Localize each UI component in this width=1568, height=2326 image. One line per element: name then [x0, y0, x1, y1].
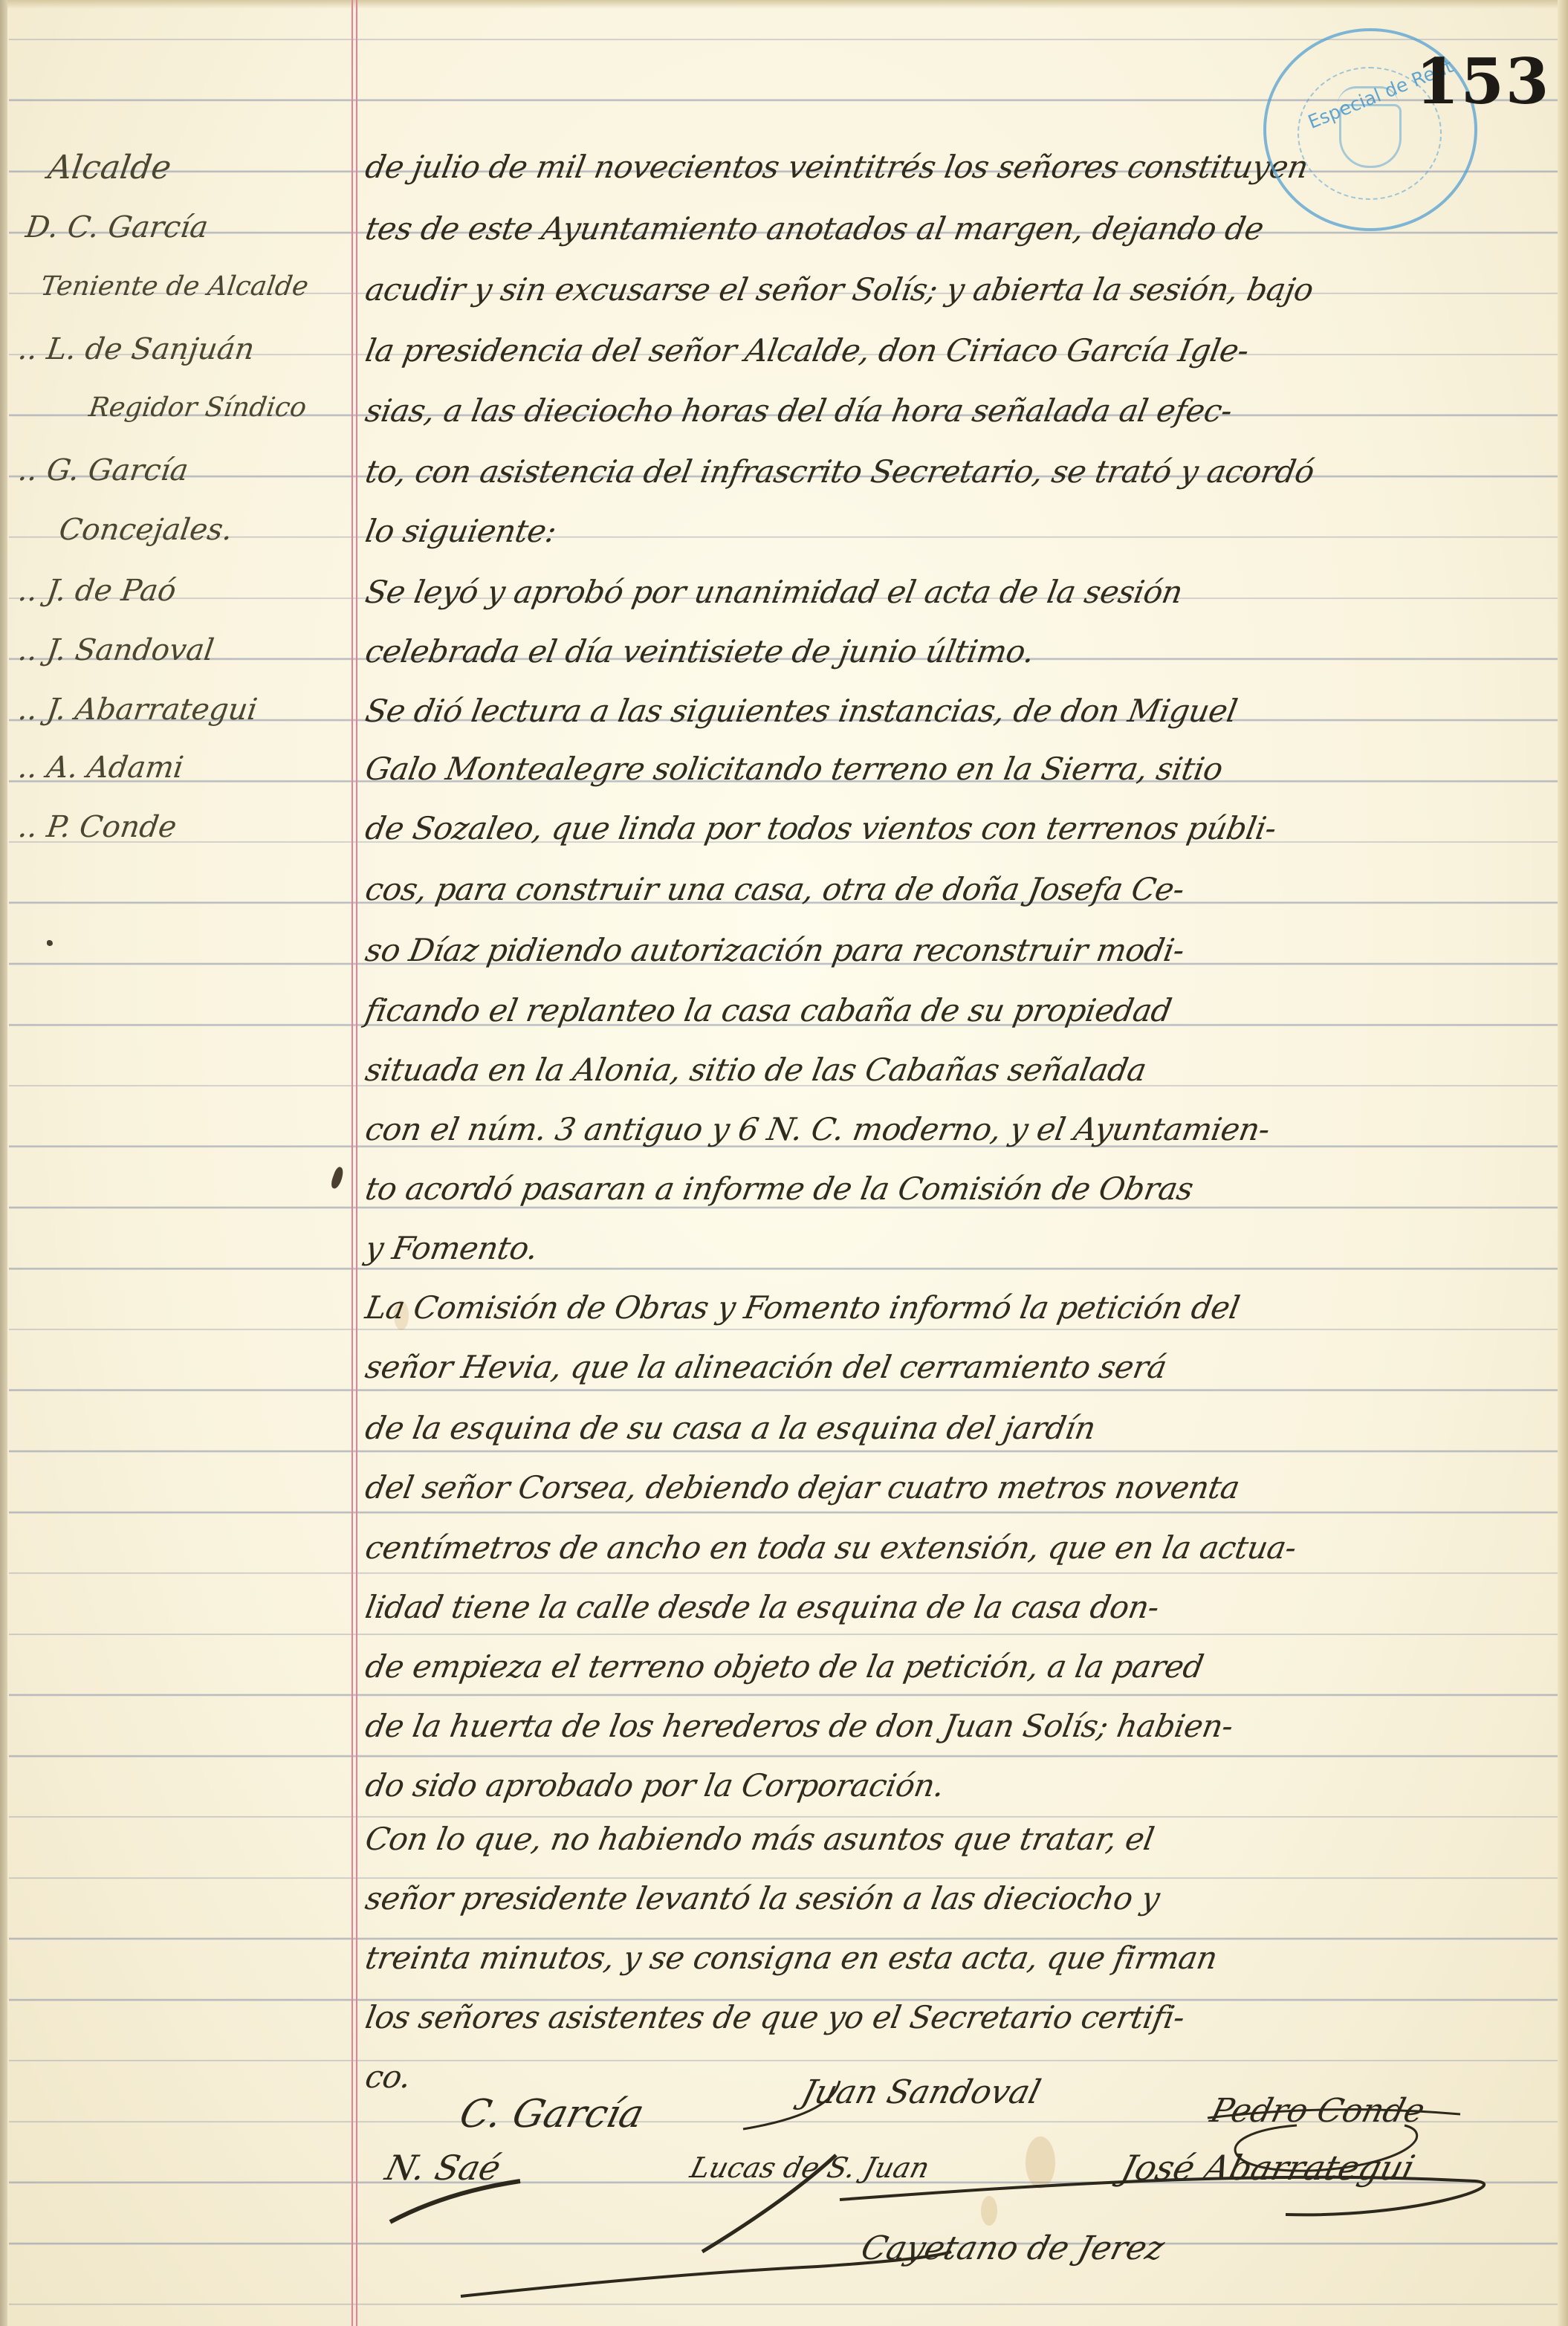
- signature-flourishes: [0, 0, 1568, 2326]
- document-page: Especial de Rent 153 Alcalde D. C. Garcí…: [0, 0, 1568, 2326]
- page-number: 153: [1416, 45, 1550, 118]
